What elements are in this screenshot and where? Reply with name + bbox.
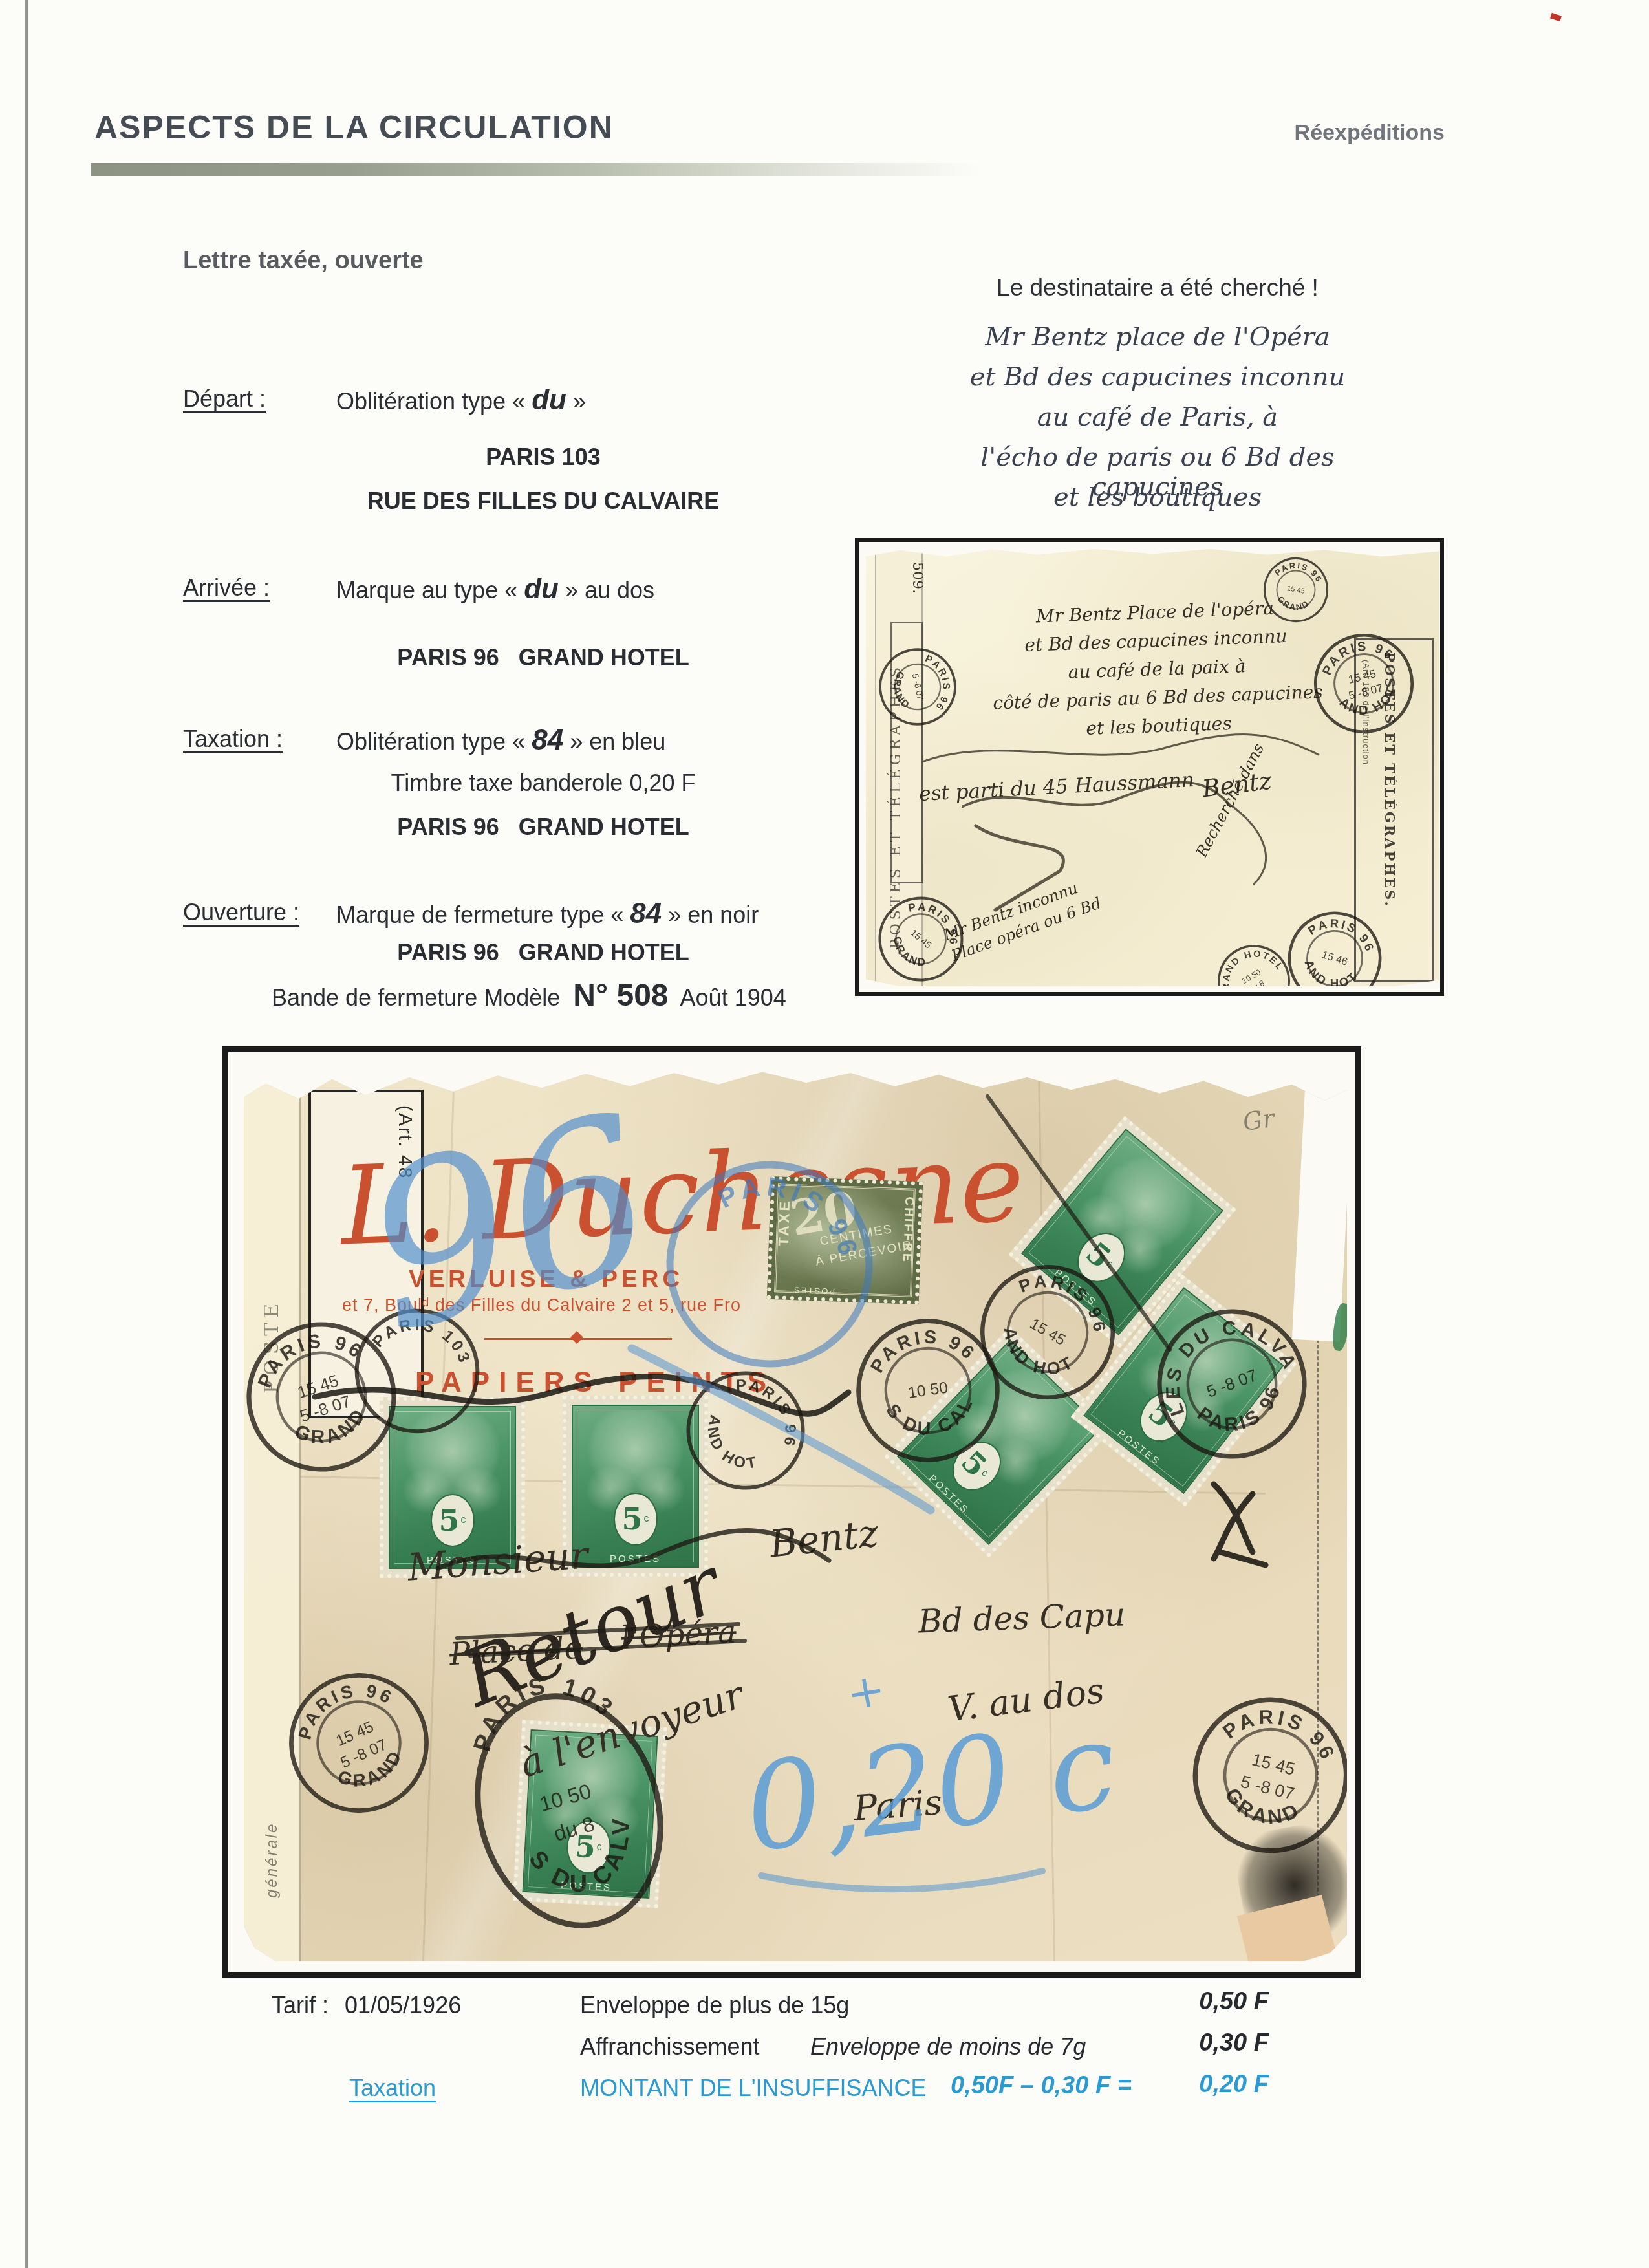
back-envelope-photo: POSTES ET TÉLÉGRAPHES 509. POSTES ET TÉL… xyxy=(855,538,1444,996)
text: Août 1904 xyxy=(669,984,786,1011)
text: » xyxy=(566,388,586,415)
section-label-arrivee: Arrivée : xyxy=(183,574,270,601)
text: Bande de fermeture Modèle xyxy=(272,984,573,1011)
ouverture-office: PARIS 96 GRAND HOTEL xyxy=(336,939,750,966)
arrivee-office: PARIS 96 GRAND HOTEL xyxy=(336,644,750,671)
tarif-label: Tarif : xyxy=(272,1992,329,2019)
depart-street: RUE DES FILLES DU CALVAIRE xyxy=(336,488,750,515)
text: » en bleu xyxy=(563,728,665,755)
tarif-row3-calc: 0,50F – 0,30 F = xyxy=(951,2072,1132,2100)
section-text-arrivee: Marque au type « du » au dos xyxy=(336,573,654,605)
section-label-depart: Départ : xyxy=(183,385,266,413)
ink-strokes xyxy=(244,1070,1347,1961)
text: Oblitération type « xyxy=(336,388,532,415)
envelope-back: POSTES ET TÉLÉGRAPHES 509. POSTES ET TÉL… xyxy=(866,548,1439,986)
svg-text:5 -8 07: 5 -8 07 xyxy=(911,673,925,701)
closure-band-note: Bande de fermeture Modèle N° 508 Août 19… xyxy=(272,978,786,1013)
sought-line: et les boutiques xyxy=(912,482,1403,512)
sought-line: et Bd des capucines inconnu xyxy=(912,362,1403,392)
front-envelope-photo: POSTE générale (Art. 48 L. Duchesne VERL… xyxy=(222,1046,1361,1978)
postmark: PARIS 96 GRAND 15 45 xyxy=(1257,551,1335,629)
scan-edge-line xyxy=(25,0,28,2268)
red-scan-mark xyxy=(1550,13,1562,22)
text: » au dos xyxy=(559,577,654,603)
section-label-taxation: Taxation : xyxy=(183,726,283,753)
model-number: N° 508 xyxy=(573,978,668,1013)
tarif-row1-value: 0,50 F xyxy=(1159,1988,1269,2016)
text: Oblitération type « xyxy=(336,728,532,755)
tarif-row2-label: Affranchissement xyxy=(580,2033,759,2060)
type-code: du xyxy=(524,573,559,605)
section-text-depart: Oblitération type « du » xyxy=(336,384,586,416)
sought-line: au café de Paris, à xyxy=(912,402,1403,432)
svg-text:GRAND: GRAND xyxy=(1275,593,1313,614)
taxe-stamp-note: Timbre taxe banderole 0,20 F xyxy=(336,770,750,797)
tarif-row3-value: 0,20 F xyxy=(1159,2071,1269,2099)
text: Marque au type « xyxy=(336,577,524,603)
page-title: ASPECTS DE LA CIRCULATION xyxy=(94,109,614,146)
tarif-row2-text: Enveloppe de moins de 7g xyxy=(810,2033,1086,2060)
sought-line: Mr Bentz place de l'Opéra xyxy=(912,322,1403,352)
sought-heading: Le destinataire a été cherché ! xyxy=(912,274,1403,301)
section-text-taxation: Oblitération type « 84 » en bleu xyxy=(336,724,665,757)
svg-text:15 45: 15 45 xyxy=(1286,585,1306,596)
tarif-row1-text: Enveloppe de plus de 15g xyxy=(580,1992,849,2019)
type-code: du xyxy=(532,384,566,416)
envelope-front: POSTE générale (Art. 48 L. Duchesne VERL… xyxy=(244,1070,1347,1961)
tarif-row2-value: 0,30 F xyxy=(1159,2029,1269,2057)
section-label-ouverture: Ouverture : xyxy=(183,899,299,926)
type-code: 84 xyxy=(630,898,662,929)
type-code: 84 xyxy=(532,724,563,756)
svg-text:15 46: 15 46 xyxy=(1320,949,1349,968)
album-page: ASPECTS DE LA CIRCULATION Réexpéditions … xyxy=(0,0,1649,2268)
text: Marque de fermeture type « xyxy=(336,902,630,928)
exhibit-subtitle: Lettre taxée, ouverte xyxy=(183,247,424,275)
tarif-date: 01/05/1926 xyxy=(345,1992,461,2019)
tarif-row3-label: Taxation xyxy=(349,2075,436,2102)
taxation-office: PARIS 96 GRAND HOTEL xyxy=(336,814,750,841)
header-rule xyxy=(91,163,1009,176)
text: » en noir xyxy=(662,902,759,928)
tarif-row3-text: MONTANT DE L'INSUFFISANCE xyxy=(580,2075,927,2102)
depart-office: PARIS 103 xyxy=(336,444,750,471)
chapter-label: Réexpéditions xyxy=(1295,120,1445,146)
postmark: PARIS 96 GRAND 5 -8 07 xyxy=(870,639,965,734)
section-text-ouverture: Marque de fermeture type « 84 » en noir xyxy=(336,898,759,930)
svg-text:15 45: 15 45 xyxy=(908,927,933,951)
svg-text:GRAND: GRAND xyxy=(887,667,914,714)
